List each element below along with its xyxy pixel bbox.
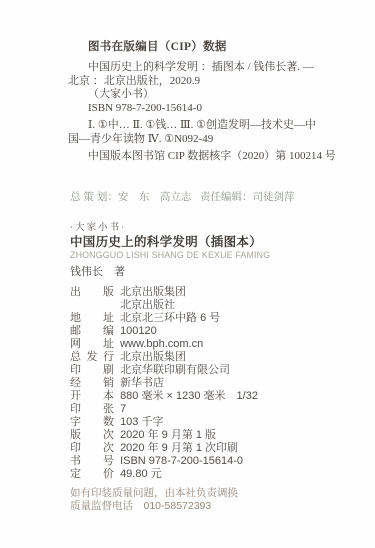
pub-row-seller: 经销 新华书店 [70,377,375,390]
pub-row-format: 开本 880 毫米 × 1230 毫米 1/32 [70,390,375,403]
pub-row-printer: 印刷 北京华联印刷有限公司 [70,364,375,377]
pub-row-address: 地址 北京北三环中路 6 号 [70,312,375,325]
cip-block: 图书在版编目（CIP）数据 中国历史上的科学发明 ：插图本 / 钱伟长著. — … [0,40,375,164]
series-label: ·大家小书· [70,219,126,233]
pub-value: 2020 年 9 月第 1 版 [120,429,216,442]
pub-label: 网址 [70,338,114,351]
cip-line-classification-1: Ⅰ. ①中… Ⅱ. ①钱… Ⅲ. ①创造发明—技术史—中 [0,119,375,133]
cip-line-publisher: 北京 ：北京出版社，2020.9 [0,75,375,89]
pub-value: 北京北三环中路 6 号 [120,312,220,325]
cip-line-record-number: 中国版本图书馆 CIP 数据核字（2020）第 100214 号 [0,150,375,164]
pub-label: 书号 [70,455,114,468]
pub-row-website: 网址 www.bph.com.cn [70,338,375,351]
cip-header: 图书在版编目（CIP）数据 [0,40,375,54]
pub-row-impression: 印次 2020 年 9 月第 1 次印刷 [70,442,375,455]
pub-label: 版次 [70,429,114,442]
copyright-page: 图书在版编目（CIP）数据 中国历史上的科学发明 ：插图本 / 钱伟长著. — … [0,0,375,548]
pub-label: 邮编 [70,325,114,338]
pub-label: 字数 [70,416,114,429]
cip-line-series: （大家小书） [0,88,375,102]
pub-label: 印刷 [70,364,114,377]
pub-label: 经销 [70,377,114,390]
pub-value: 49.80 元 [120,468,162,481]
quality-notice: 如有印装质量问题，由本社负责调换 质量监督电话 010-58572393 [70,487,238,512]
pub-label: 开本 [70,390,114,403]
pub-value: 103 千字 [120,416,163,429]
pub-label: 定价 [70,468,114,481]
pub-value: 880 毫米 × 1230 毫米 1/32 [120,390,258,403]
cip-line-classification-2: 国—青少年读物 Ⅳ. ①N092-49 [0,133,375,147]
pub-value: 2020 年 9 月第 1 次印刷 [120,442,238,455]
pub-row-price: 定价 49.80 元 [70,468,375,481]
pub-row-wordcount: 字数 103 千字 [70,416,375,429]
pub-row-publisher: 出版 北京出版集团 [70,286,375,299]
pub-value: 北京出版集团 [120,286,186,299]
pub-row-isbn: 书号 ISBN 978-7-200-15614-0 [70,455,375,468]
quality-notice-line2: 质量监督电话 010-58572393 [70,500,238,513]
author-name: 钱伟长 著 [70,263,125,279]
pub-label: 地址 [70,312,114,325]
pub-value: 新华书店 [120,377,164,390]
quality-notice-line1: 如有印装质量问题，由本社负责调换 [70,487,238,500]
pub-row-sheets: 印张 7 [70,403,375,416]
pub-label: 出版 [70,286,114,299]
pub-label: 印次 [70,442,114,455]
pub-label: 印张 [70,403,114,416]
pub-label: 总发行 [70,351,114,364]
pub-value: ISBN 978-7-200-15614-0 [120,455,243,468]
responsible-editor: 责任编辑：司徒剑萍 [200,189,295,204]
book-title-pinyin: ZHONGGUO LISHI SHANG DE KEXUE FAMING [70,250,270,260]
pub-row-publisher-2: 北京出版社 [70,299,375,312]
pub-value: 北京出版集团 [120,351,186,364]
cip-line-title: 中国历史上的科学发明 ：插图本 / 钱伟长著. — [0,61,375,75]
publication-info: 出版 北京出版集团 北京出版社 地址 北京北三环中路 6 号 邮编 100120… [70,286,375,481]
cip-line-isbn: ISBN 978-7-200-15614-0 [0,102,375,116]
chief-planners: 总 策 划：安 东 高立志 [70,189,191,204]
pub-value: 北京出版社 [120,299,175,312]
pub-row-postcode: 邮编 100120 [70,325,375,338]
pub-value: 7 [120,403,126,416]
book-title: 中国历史上的科学发明（插图本） [70,232,262,250]
pub-row-distributor: 总发行 北京出版集团 [70,351,375,364]
pub-value: 北京华联印刷有限公司 [120,364,230,377]
pub-value: 100120 [120,325,157,338]
staff-line: 总 策 划：安 东 高立志 责任编辑：司徒剑萍 [0,189,375,203]
pub-row-edition: 版次 2020 年 9 月第 1 版 [70,429,375,442]
pub-value: www.bph.com.cn [120,338,203,351]
